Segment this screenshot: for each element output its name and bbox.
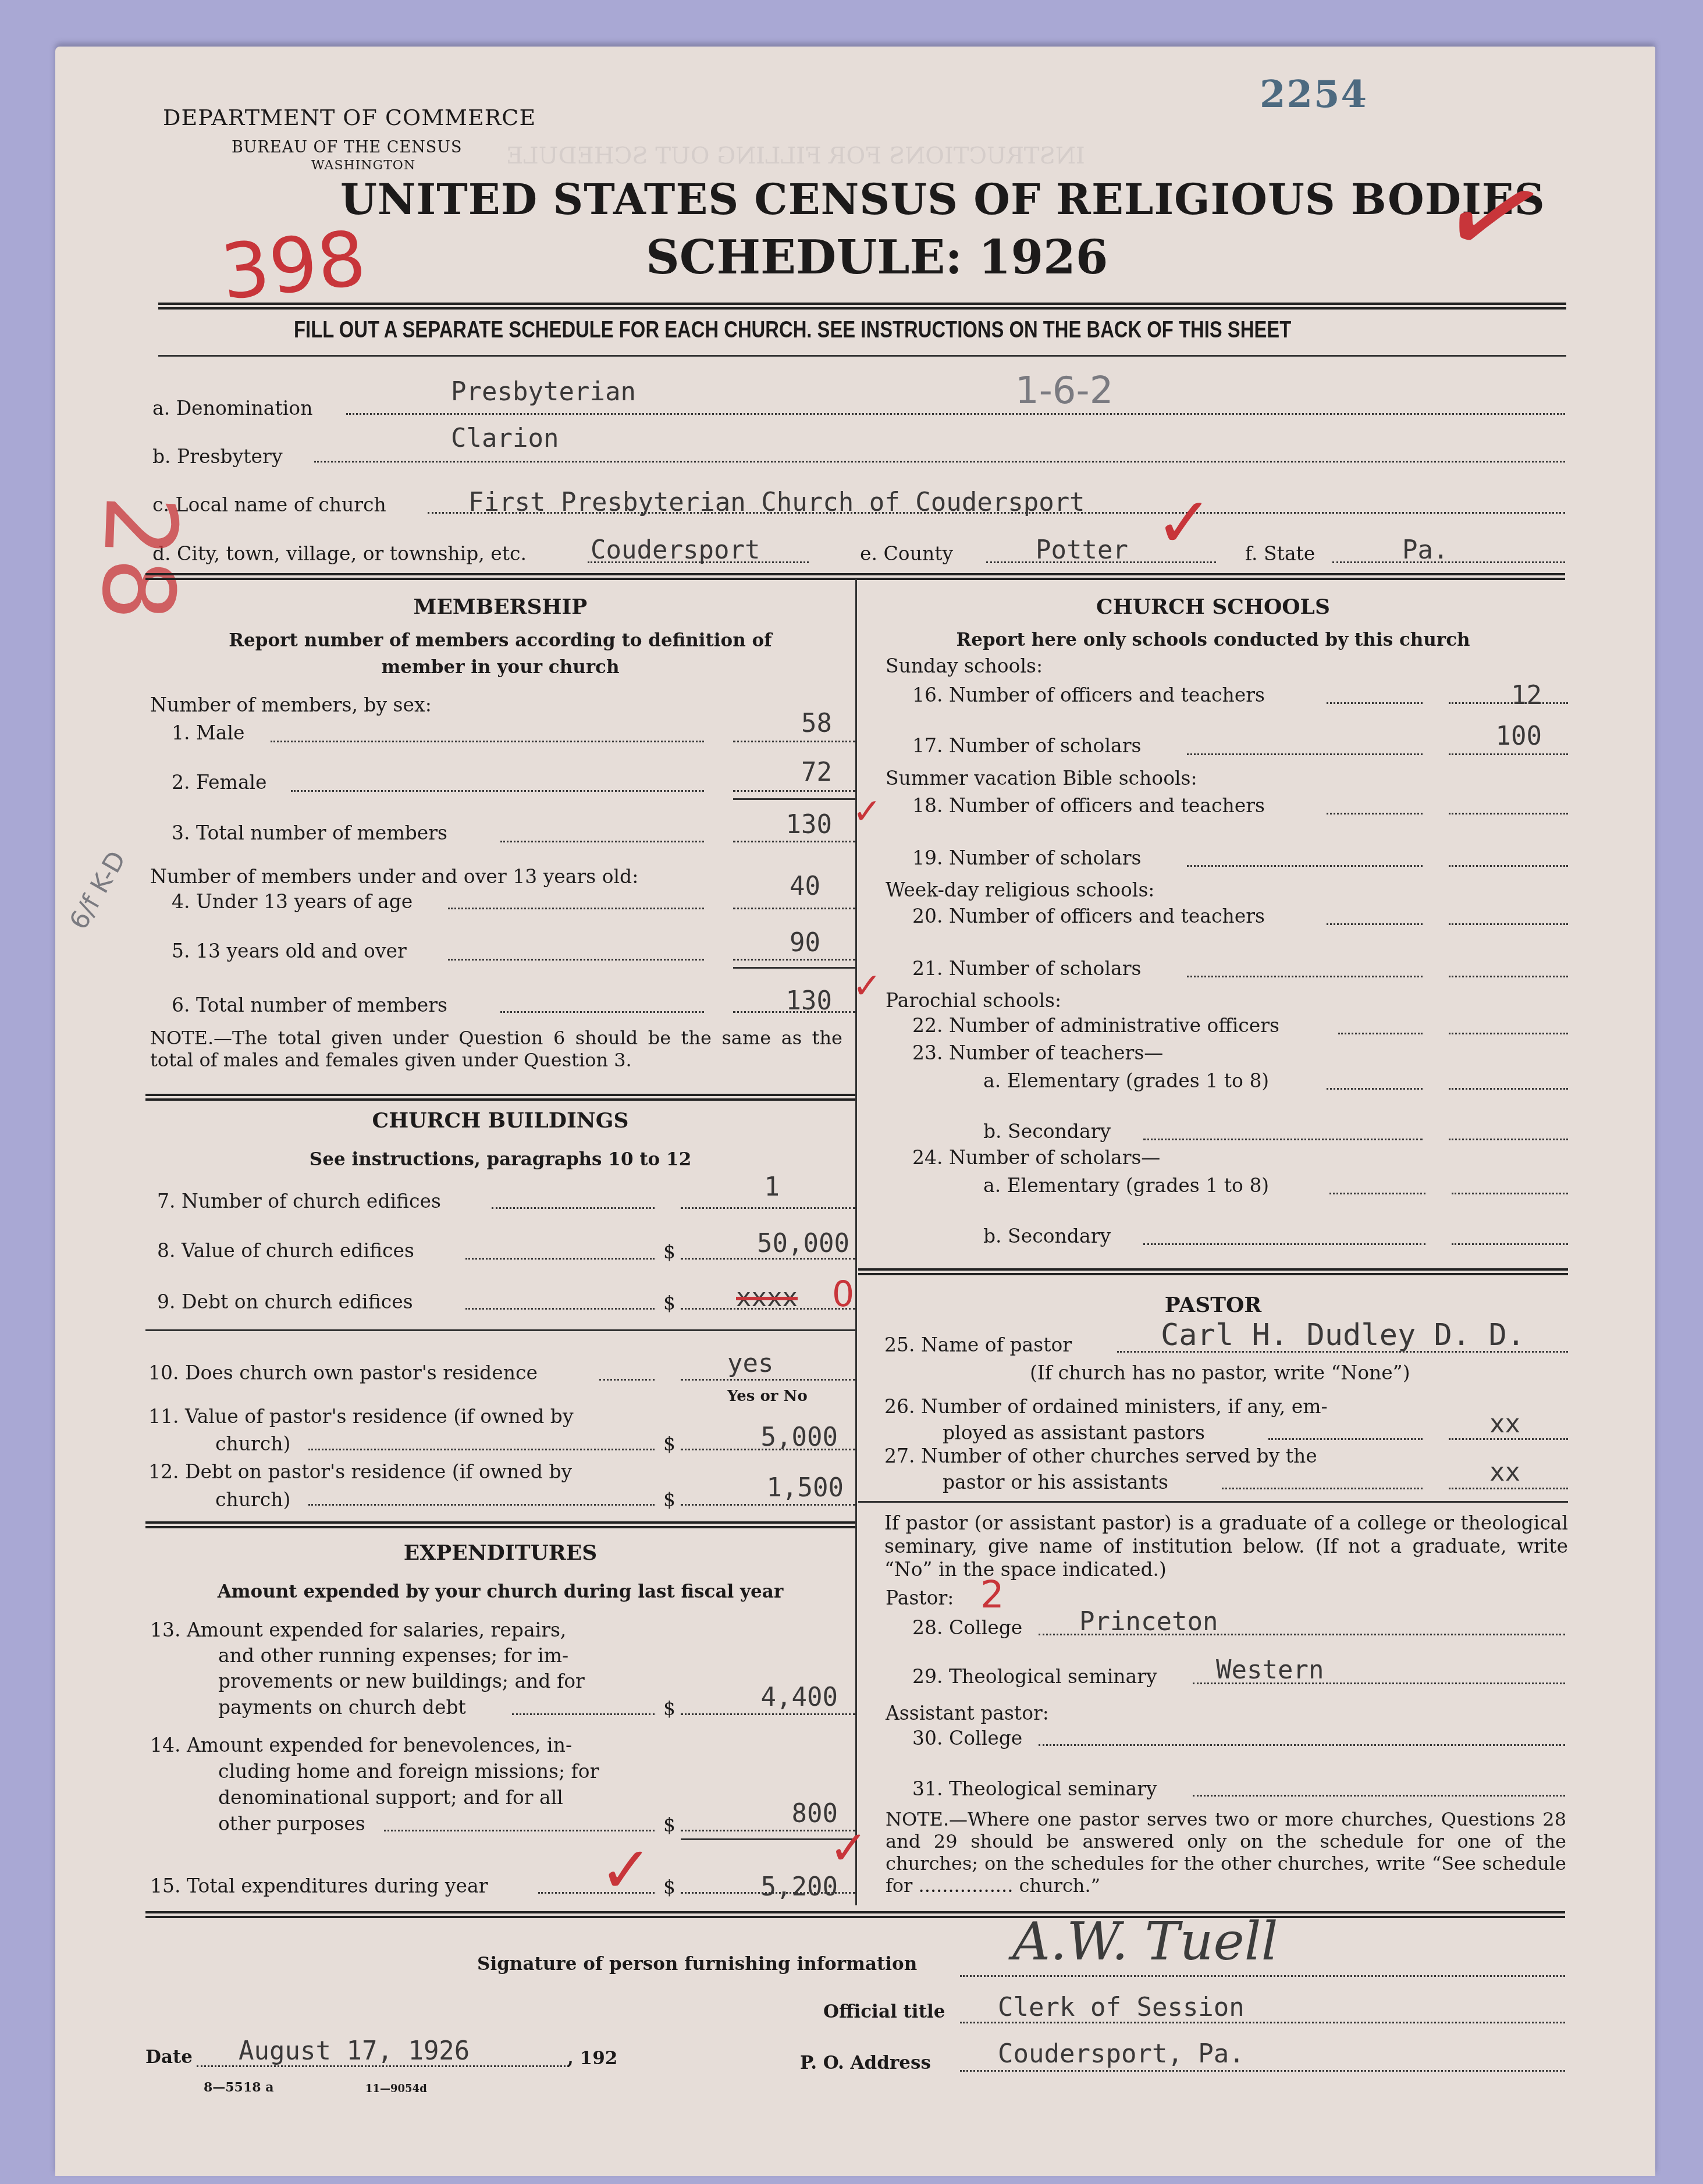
summer-scholars-label: 19. Number of scholars	[912, 846, 1141, 869]
signature-field[interactable]: A.W. Tuell	[1012, 1911, 1278, 1972]
county-field[interactable]: Potter	[1036, 535, 1128, 565]
form-number-1: 8—5518 a	[204, 2080, 273, 2095]
residence-debt-label: 12. Debt on pastor's residence (if owned…	[148, 1460, 572, 1483]
official-title-field[interactable]: Clerk of Session	[998, 1993, 1245, 2022]
teachers-secondary-field[interactable]	[1449, 1139, 1568, 1140]
city-label: d. City, town, village, or township, etc…	[152, 542, 527, 565]
weekday-scholars-field[interactable]	[1449, 976, 1568, 977]
sunday-teachers-field[interactable]: 12	[1449, 681, 1542, 710]
benevolences-label-3: denominational support; and for all	[218, 1786, 563, 1809]
form-title: UNITED STATES CENSUS OF RELIGIOUS BODIES	[340, 175, 1545, 224]
male-label: 1. Male	[172, 721, 245, 744]
edifices-debt-correction: 0	[832, 1274, 854, 1315]
stamp-number: 2254	[1260, 73, 1368, 116]
graduate-note: If pastor (or assistant pastor) is a gra…	[884, 1511, 1568, 1581]
edifices-count-leader	[492, 1207, 655, 1209]
weekday-teachers-label: 20. Number of officers and teachers	[912, 905, 1265, 927]
admin-officers-leader	[1338, 1033, 1423, 1034]
college-label: 28. College	[912, 1616, 1022, 1639]
female-sum-underline	[733, 798, 855, 800]
po-address-label: P. O. Address	[800, 2053, 931, 2073]
pastor-name-label: 25. Name of pastor	[884, 1333, 1072, 1356]
summer-schools-label: Summer vacation Bible schools:	[886, 767, 1197, 789]
weekday-scholars-label: 21. Number of scholars	[912, 957, 1141, 980]
total-members-2-field[interactable]: 130	[733, 986, 832, 1016]
schedule-title: SCHEDULE: 1926	[646, 230, 1108, 284]
red-check-total-2: ✓	[829, 1821, 868, 1875]
bureau-name: BUREAU OF THE CENSUS	[232, 138, 463, 156]
signature-label: Signature of person furnishing informati…	[477, 1954, 917, 1975]
admin-officers-label: 22. Number of administrative officers	[912, 1014, 1279, 1037]
membership-subheading: Report number of members according to de…	[192, 627, 809, 681]
scholars-elementary-leader	[1329, 1193, 1425, 1194]
po-address-line	[960, 2070, 1565, 2072]
pastor-divider	[858, 1501, 1568, 1503]
male-leader	[271, 741, 704, 742]
benevolences-label-2: cluding home and foreign missions; for	[218, 1760, 599, 1783]
benevolences-label-4: other purposes	[218, 1812, 365, 1835]
benevolences-label-1: 14. Amount expended for benevolences, in…	[150, 1734, 572, 1756]
other-churches-line	[1449, 1488, 1568, 1489]
benevolences-field[interactable]: 800	[675, 1799, 838, 1829]
edifices-debt-field[interactable]: xxxx	[736, 1283, 798, 1312]
summer-teachers-leader	[1327, 813, 1423, 814]
owns-residence-label: 10. Does church own pastor's residence	[148, 1361, 538, 1384]
yes-or-no-hint: Yes or No	[727, 1388, 808, 1405]
total-expenditures-dollar: $	[663, 1876, 675, 1898]
by-sex-label: Number of members, by sex:	[150, 693, 432, 716]
seminary-label: 29. Theological seminary	[912, 1665, 1157, 1688]
weekday-scholars-leader	[1187, 976, 1423, 977]
college-field[interactable]: Princeton	[1079, 1607, 1218, 1637]
assistant-pastors-leader	[1268, 1438, 1423, 1440]
date-suffix: , 192	[567, 2048, 617, 2069]
local-name-field[interactable]: First Presbyterian Church of Coudersport	[468, 488, 1085, 517]
sunday-scholars-label: 17. Number of scholars	[912, 734, 1141, 757]
running-expenses-dollar: $	[663, 1697, 675, 1720]
edifices-value-field[interactable]: 50,000	[675, 1229, 849, 1258]
owns-residence-field[interactable]: yes	[727, 1349, 773, 1378]
membership-note: NOTE.—The total given under Question 6 s…	[150, 1027, 842, 1071]
over-13-field[interactable]: 90	[733, 928, 820, 958]
running-expenses-label-1: 13. Amount expended for salaries, repair…	[150, 1619, 566, 1641]
total-expenditures-label: 15. Total expenditures during year	[150, 1874, 488, 1897]
signature-line	[960, 1975, 1565, 1977]
sunday-scholars-line	[1449, 753, 1568, 755]
red-check-county: ✓	[1155, 483, 1214, 564]
buildings-heading: CHURCH BUILDINGS	[145, 1108, 855, 1133]
total-members-2-label: 6. Total number of members	[172, 994, 447, 1016]
red-check-total: ✓	[599, 1833, 653, 1907]
scholars-secondary-label: b. Secondary	[983, 1225, 1111, 1247]
date-label: Date	[145, 2047, 193, 2068]
asst-college-field[interactable]	[1039, 1744, 1565, 1746]
edifices-value-dollar: $	[663, 1240, 675, 1263]
schools-heading: CHURCH SCHOOLS	[858, 595, 1568, 619]
assistant-pastor-label: Assistant pastor:	[886, 1702, 1049, 1724]
state-field[interactable]: Pa.	[1402, 535, 1448, 565]
official-title-label: Official title	[823, 2001, 945, 2022]
buildings-divider	[145, 1521, 855, 1528]
residence-debt-field[interactable]: 1,500	[675, 1473, 844, 1503]
assistant-pastors-field[interactable]: xx	[1489, 1409, 1520, 1439]
other-churches-label-1: 27. Number of other churches served by t…	[884, 1445, 1317, 1467]
running-expenses-leader	[512, 1713, 655, 1715]
male-count-field[interactable]: 58	[733, 709, 832, 738]
total-members-2-leader	[500, 1011, 704, 1013]
running-expenses-field[interactable]: 4,400	[675, 1683, 838, 1712]
edifices-count-field[interactable]: 1	[681, 1172, 780, 1202]
sunday-scholars-leader	[1187, 753, 1423, 755]
edifices-count-line	[681, 1207, 855, 1209]
presbytery-line	[314, 461, 1565, 463]
residence-value-field[interactable]: 5,000	[675, 1422, 838, 1452]
running-expenses-label-3: provements or new buildings; and for	[218, 1670, 585, 1692]
running-expenses-label-2: and other running expenses; for im-	[218, 1644, 568, 1667]
male-line	[733, 741, 855, 742]
over-13-leader	[448, 959, 704, 961]
benevolences-leader	[384, 1830, 655, 1831]
denomination-line	[346, 413, 1565, 415]
weekday-teachers-leader	[1327, 923, 1423, 925]
column-divider	[855, 579, 857, 1905]
edifices-debt-leader	[465, 1308, 655, 1310]
under-13-leader	[448, 908, 704, 909]
edifices-debt-label: 9. Debt on church edifices	[157, 1290, 413, 1313]
residence-debt-leader	[308, 1504, 655, 1506]
total-members-label: 3. Total number of members	[172, 821, 447, 844]
over-13-line	[733, 959, 855, 961]
pastor-note: NOTE.—Where one pastor serves two or mor…	[886, 1808, 1566, 1897]
sunday-teachers-leader	[1327, 702, 1423, 704]
teachers-elementary-label: a. Elementary (grades 1 to 8)	[983, 1069, 1269, 1092]
assistant-pastors-label-1: 26. Number of ordained ministers, if any…	[884, 1395, 1328, 1418]
residence-value-leader	[308, 1449, 655, 1450]
date-field[interactable]: August 17, 1926	[239, 2036, 470, 2066]
over-13-label: 5. 13 years old and over	[172, 940, 407, 962]
edifices-debt-dollar: $	[663, 1292, 675, 1314]
summer-teachers-label: 18. Number of officers and teachers	[912, 794, 1265, 817]
county-label: e. County	[860, 542, 953, 565]
red-pastor-mark: 2	[980, 1574, 1004, 1617]
teachers-elementary-field[interactable]	[1449, 1088, 1568, 1090]
teachers-elementary-leader	[1327, 1088, 1423, 1090]
debt-divider	[145, 1329, 855, 1331]
residence-debt-label-2: church)	[215, 1488, 290, 1511]
owns-residence-line	[681, 1379, 855, 1381]
by-age-label: Number of members under and over 13 year…	[150, 865, 638, 888]
other-churches-label-2: pastor or his assistants	[943, 1471, 1168, 1493]
scholars-secondary-field[interactable]	[1452, 1243, 1568, 1245]
sunday-schools-label: Sunday schools:	[886, 655, 1043, 677]
running-expenses-line	[681, 1713, 855, 1715]
scholars-secondary-leader	[1143, 1243, 1425, 1245]
seminary-field[interactable]: Western	[1216, 1655, 1324, 1685]
pastor-heading: PASTOR	[858, 1293, 1568, 1317]
expenditures-heading: EXPENDITURES	[145, 1541, 855, 1565]
under-13-field[interactable]: 40	[733, 872, 820, 901]
summer-teachers-field[interactable]	[1449, 813, 1568, 814]
teachers-secondary-leader	[1143, 1139, 1423, 1140]
summer-scholars-leader	[1187, 865, 1423, 867]
total-expenditures-field[interactable]: 5,200	[675, 1872, 838, 1902]
edifices-count-label: 7. Number of church edifices	[157, 1190, 441, 1212]
admin-officers-field[interactable]	[1449, 1033, 1568, 1034]
scholars-elementary-field[interactable]	[1452, 1193, 1568, 1194]
po-address-field[interactable]: Coudersport, Pa.	[998, 2039, 1245, 2069]
summer-scholars-field[interactable]	[1449, 865, 1568, 867]
pastor-edu-label: Pastor:	[886, 1587, 954, 1609]
denomination-label: a. Denomination	[152, 397, 312, 419]
sunday-scholars-field[interactable]: 100	[1449, 721, 1542, 751]
instruction-divider	[158, 355, 1566, 357]
expenditures-subheading: Amount expended by your church during la…	[145, 1581, 855, 1602]
edifices-value-leader	[465, 1258, 655, 1260]
residence-debt-dollar: $	[663, 1488, 675, 1511]
red-tick-mark: ✓	[852, 791, 881, 832]
presbytery-label: b. Presbytery	[152, 445, 283, 468]
buildings-subheading: See instructions, paragraphs 10 to 12	[145, 1149, 855, 1170]
teachers-label: 23. Number of teachers—	[912, 1041, 1163, 1064]
under-13-label: 4. Under 13 years of age	[172, 890, 413, 913]
parochial-schools-label: Parochial schools:	[886, 989, 1061, 1012]
running-expenses-label-4: payments on church debt	[218, 1696, 466, 1719]
female-line	[733, 790, 855, 792]
female-label: 2. Female	[172, 771, 267, 794]
owns-residence-leader	[599, 1379, 655, 1381]
form-number-2: 11—9054d	[365, 2083, 427, 2095]
total-members-field[interactable]: 130	[733, 810, 832, 840]
pastor-name-hint: (If church has no pastor, write “None”)	[1030, 1361, 1410, 1384]
city-line	[588, 561, 809, 563]
other-churches-leader	[1222, 1488, 1423, 1489]
weekday-teachers-field[interactable]	[1449, 923, 1568, 925]
state-label: f. State	[1245, 542, 1315, 565]
residence-value-label: 11. Value of pastor's residence (if owne…	[148, 1405, 574, 1428]
header-divider	[158, 303, 1566, 310]
red-number-annotation: 398	[217, 214, 370, 316]
residence-value-dollar: $	[663, 1432, 675, 1455]
scholars-label: 24. Number of scholars—	[912, 1146, 1160, 1169]
city-field[interactable]: Coudersport	[591, 535, 760, 565]
asst-seminary-field[interactable]	[1193, 1795, 1565, 1797]
asst-seminary-label: 31. Theological seminary	[912, 1777, 1157, 1800]
scholars-elementary-label: a. Elementary (grades 1 to 8)	[983, 1174, 1269, 1197]
over-13-sum-underline	[733, 967, 855, 969]
sunday-teachers-label: 16. Number of officers and teachers	[912, 684, 1265, 706]
footer-divider	[145, 1911, 1565, 1918]
red-tick-mark-2: ✓	[852, 966, 881, 1006]
membership-heading: MEMBERSHIP	[145, 595, 855, 619]
weekday-schools-label: Week-day religious schools:	[886, 878, 1154, 901]
under-13-line	[733, 908, 855, 909]
bureau-city: WASHINGTON	[311, 158, 415, 173]
pencil-code-annotation: 1-6-2	[1015, 369, 1113, 412]
pastor-name-field[interactable]: Carl H. Dudley D. D.	[1161, 1318, 1525, 1353]
total-members-line	[733, 841, 855, 842]
other-churches-field[interactable]: xx	[1489, 1457, 1520, 1487]
female-count-field[interactable]: 72	[733, 757, 832, 787]
department-name: DEPARTMENT OF COMMERCE	[163, 105, 536, 130]
denomination-field[interactable]: Presbyterian	[451, 377, 636, 407]
asst-college-label: 30. College	[912, 1727, 1022, 1749]
schools-subheading: Report here only schools conducted by th…	[858, 629, 1568, 650]
state-line	[1332, 561, 1565, 563]
teachers-secondary-label: b. Secondary	[983, 1120, 1111, 1143]
fill-out-instruction: FILL OUT A SEPARATE SCHEDULE FOR EACH CH…	[294, 317, 1291, 343]
residence-debt-line	[681, 1504, 855, 1506]
benevolences-dollar: $	[663, 1813, 675, 1836]
edifices-value-label: 8. Value of church edifices	[157, 1239, 414, 1262]
membership-divider	[145, 1094, 855, 1101]
bleed-through-text: INSTRUCTIONS FOR FILLING OUT SCHEDULE	[506, 143, 1085, 169]
presbytery-field[interactable]: Clarion	[451, 424, 559, 453]
residence-value-label-2: church)	[215, 1432, 290, 1455]
assistant-pastors-label-2: ployed as assistant pastors	[943, 1421, 1205, 1444]
female-leader	[291, 790, 704, 792]
schools-divider	[858, 1268, 1568, 1275]
total-members-leader	[500, 841, 704, 842]
